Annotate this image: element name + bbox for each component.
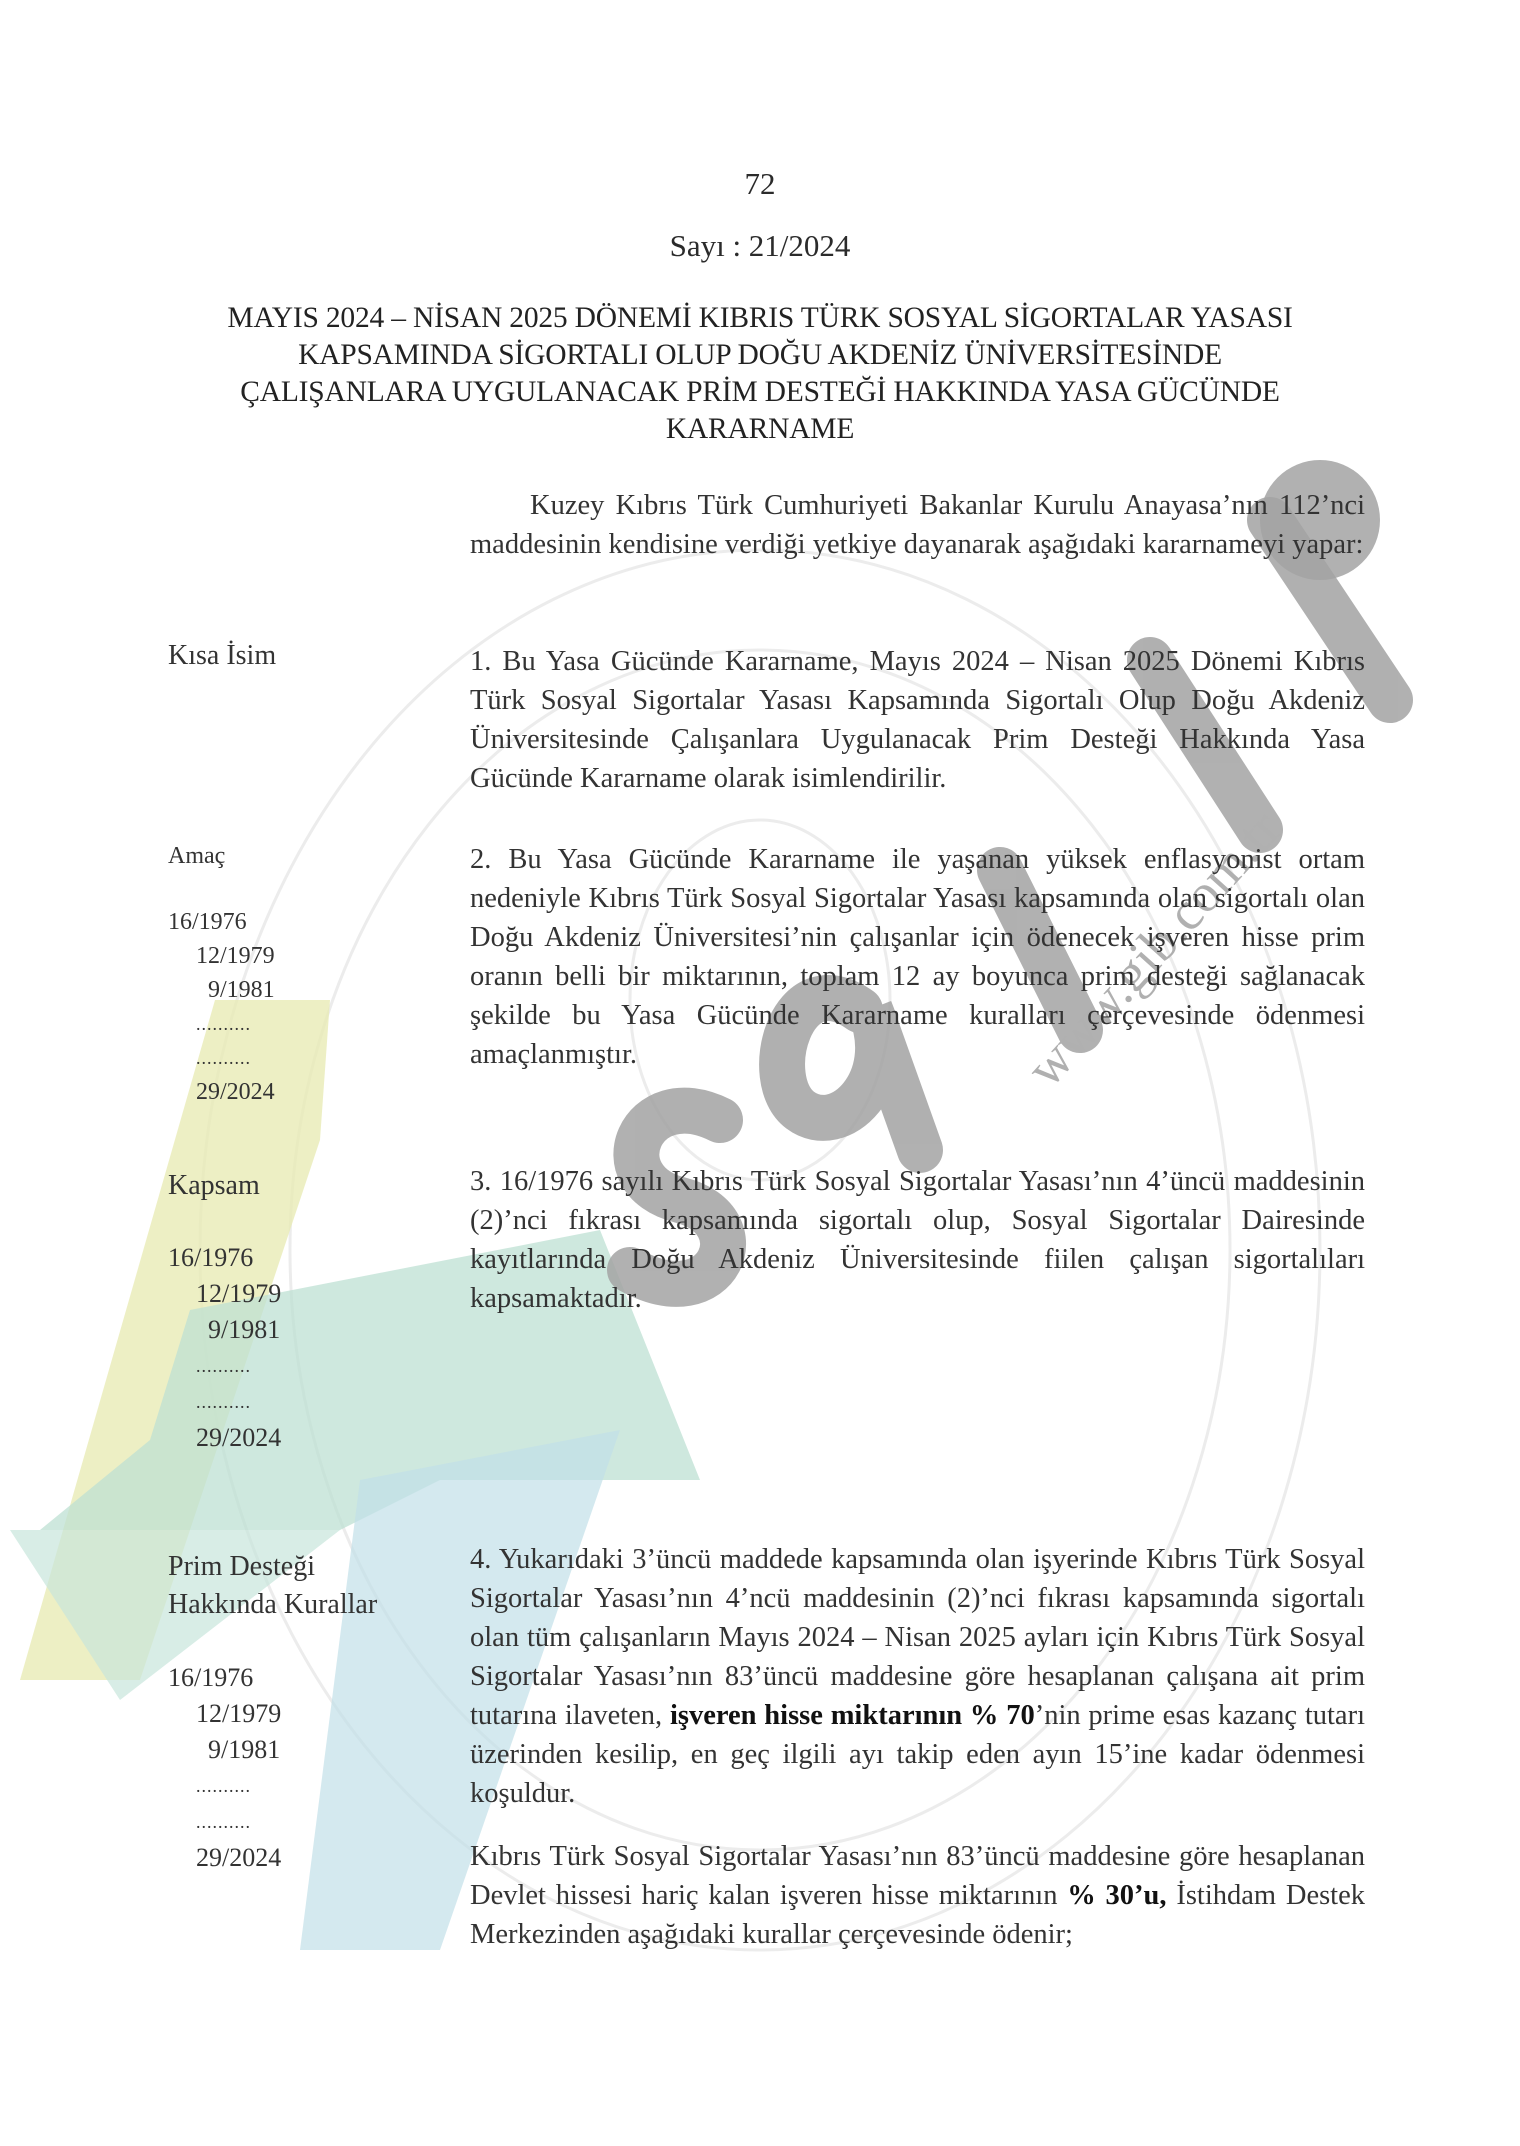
section-3-law-refs: 16/1976 12/1979 9/1981 .......... ......… <box>168 1240 318 1456</box>
law-ref: 16/1976 <box>168 1240 318 1276</box>
section-label-premium-support-rules: Prim Desteği Hakkında Kurallar <box>168 1548 377 1624</box>
emphasis-employer-share-70: işveren hisse miktarının % 70 <box>670 1700 1035 1731</box>
law-ref: 16/1976 <box>168 905 318 939</box>
decree-title: MAYIS 2024 – NİSAN 2025 DÖNEMİ KIBRIS TÜ… <box>150 300 1370 448</box>
law-ref: 12/1979 <box>168 1276 318 1312</box>
emphasis-employer-share-30: % 30’u, <box>1067 1880 1166 1911</box>
section-4-law-refs: 16/1976 12/1979 9/1981 .......... ......… <box>168 1660 318 1876</box>
title-line: ÇALIŞANLARA UYGULANACAK PRİM DESTEĞİ HAK… <box>150 374 1370 411</box>
law-ref: 9/1981 <box>168 1312 318 1348</box>
law-ref: 12/1979 <box>168 939 318 973</box>
issue-number: Sayı : 21/2024 <box>0 228 1520 264</box>
section-4-text: 4. Yukarıdaki 3’üncü maddede kapsamında … <box>470 1540 1365 1813</box>
section-4-continuation: Kıbrıs Türk Sosyal Sigortalar Yasası’nın… <box>470 1837 1365 1954</box>
law-ref: .......... <box>168 1348 318 1384</box>
section-3-text: 3. 16/1976 sayılı Kıbrıs Türk Sosyal Sig… <box>470 1162 1365 1318</box>
title-line: KARARNAME <box>150 411 1370 448</box>
label-line: Prim Desteği <box>168 1548 377 1586</box>
law-ref: 16/1976 <box>168 1660 318 1696</box>
law-ref: .......... <box>168 1384 318 1420</box>
label-line: Hakkında Kurallar <box>168 1586 377 1624</box>
title-line: KAPSAMINDA SİGORTALI OLUP DOĞU AKDENİZ Ü… <box>150 337 1370 374</box>
law-ref: 29/2024 <box>168 1420 318 1456</box>
law-ref: .......... <box>168 1804 318 1840</box>
section-label-purpose: Amaç <box>168 843 225 870</box>
title-line: MAYIS 2024 – NİSAN 2025 DÖNEMİ KIBRIS TÜ… <box>150 300 1370 337</box>
law-ref: 29/2024 <box>168 1840 318 1876</box>
law-ref: .......... <box>168 1007 318 1041</box>
law-ref: .......... <box>168 1041 318 1075</box>
section-2-law-refs: 16/1976 12/1979 9/1981 .......... ......… <box>168 905 318 1109</box>
law-ref: 9/1981 <box>168 973 318 1007</box>
document-page: www.gib.com.tr 72 Sayı : 21/2024 MAYIS 2… <box>0 0 1520 2146</box>
law-ref: .......... <box>168 1768 318 1804</box>
law-ref: 29/2024 <box>168 1075 318 1109</box>
section-1-text: 1. Bu Yasa Gücünde Kararname, Mayıs 2024… <box>470 642 1365 798</box>
law-ref: 9/1981 <box>168 1732 318 1768</box>
section-label-scope: Kapsam <box>168 1170 260 1202</box>
section-2-text: 2. Bu Yasa Gücünde Kararname ile yaşanan… <box>470 840 1365 1074</box>
preamble: Kuzey Kıbrıs Türk Cumhuriyeti Bakanlar K… <box>470 486 1365 564</box>
page-number: 72 <box>0 166 1520 202</box>
section-label-short-name: Kısa İsim <box>168 640 276 672</box>
law-ref: 12/1979 <box>168 1696 318 1732</box>
